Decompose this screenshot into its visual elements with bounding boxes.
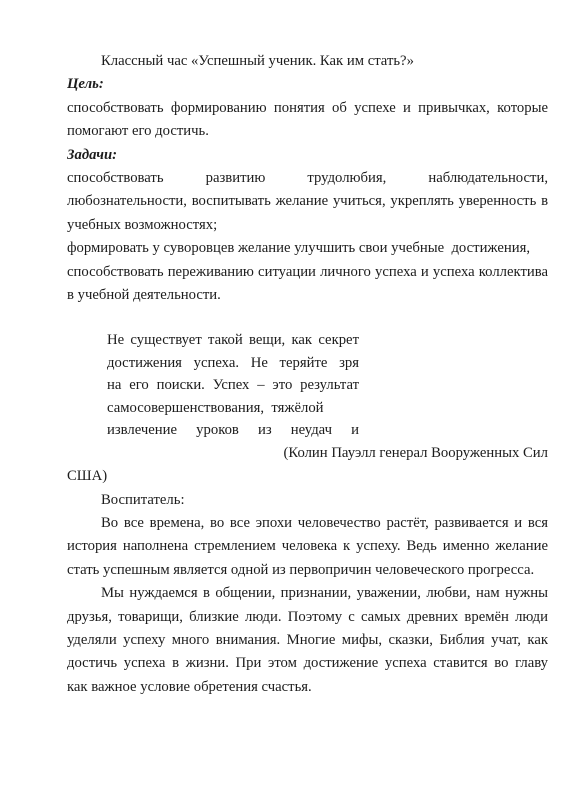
goal-line-1: способствовать формированию понятия об у…: [67, 97, 548, 120]
quote-line-1: Не существует такой вещи, как секрет: [107, 329, 359, 352]
quote-line-4: самосовершенствования, тяжёлой работы,: [107, 397, 359, 420]
tasks-line-1: способствовать развитию трудолюбия, набл…: [67, 167, 548, 190]
intro-line-1: Во все времена, во все эпохи человечеств…: [67, 512, 548, 535]
document-title: Классный час «Успешный ученик. Как им ст…: [67, 50, 548, 73]
intro-line-2: история наполнена стремлением человека к…: [67, 535, 548, 558]
goal-line-2: помогают его достичь.: [67, 120, 548, 143]
tasks-line-6: в учебной деятельности.: [67, 284, 548, 307]
quote-line-5: извлечение уроков из неудач и упорство.: [107, 419, 359, 442]
body-line-2: друзья, товарищи, близкие люди. Поэтому …: [67, 606, 548, 629]
tasks-line-4: формировать у суворовцев желание улучшит…: [67, 237, 548, 260]
goal-heading: Цель:: [67, 73, 548, 96]
body-line-1: Мы нуждаемся в общении, признании, уваже…: [67, 582, 548, 605]
speaker-label: Воспитатель:: [67, 489, 548, 512]
quote-citation-line-2: США): [67, 465, 548, 488]
document-content: Классный час «Успешный ученик. Как им ст…: [0, 0, 566, 699]
body-line-5: как важное условие обретения счастья.: [67, 676, 548, 699]
tasks-line-2: любознательности, воспитывать желание уч…: [67, 190, 548, 213]
body-line-4: достичь успеха в жизни. При этом достиже…: [67, 652, 548, 675]
tasks-line-5: способствовать переживанию ситуации личн…: [67, 261, 548, 284]
tasks-heading: Задачи:: [67, 144, 548, 167]
quote-line-2: достижения успеха. Не теряйте зря времен…: [107, 352, 359, 375]
body-line-3: уделяли успеху много внимания. Многие ми…: [67, 629, 548, 652]
tasks-line-3: учебных возможностях;: [67, 214, 548, 237]
document-page: Классный час «Успешный ученик. Как им ст…: [0, 0, 566, 800]
blank-line: [67, 307, 548, 329]
intro-line-3: стать успешным является одной из первопр…: [67, 559, 548, 582]
quote-citation-line-1: (Колин Пауэлл генерал Вооруженных Сил: [67, 442, 548, 465]
quote-line-3: на его поиски. Успех – это результат: [107, 374, 359, 397]
epigraph-quote: Не существует такой вещи, как секрет дос…: [107, 329, 359, 442]
